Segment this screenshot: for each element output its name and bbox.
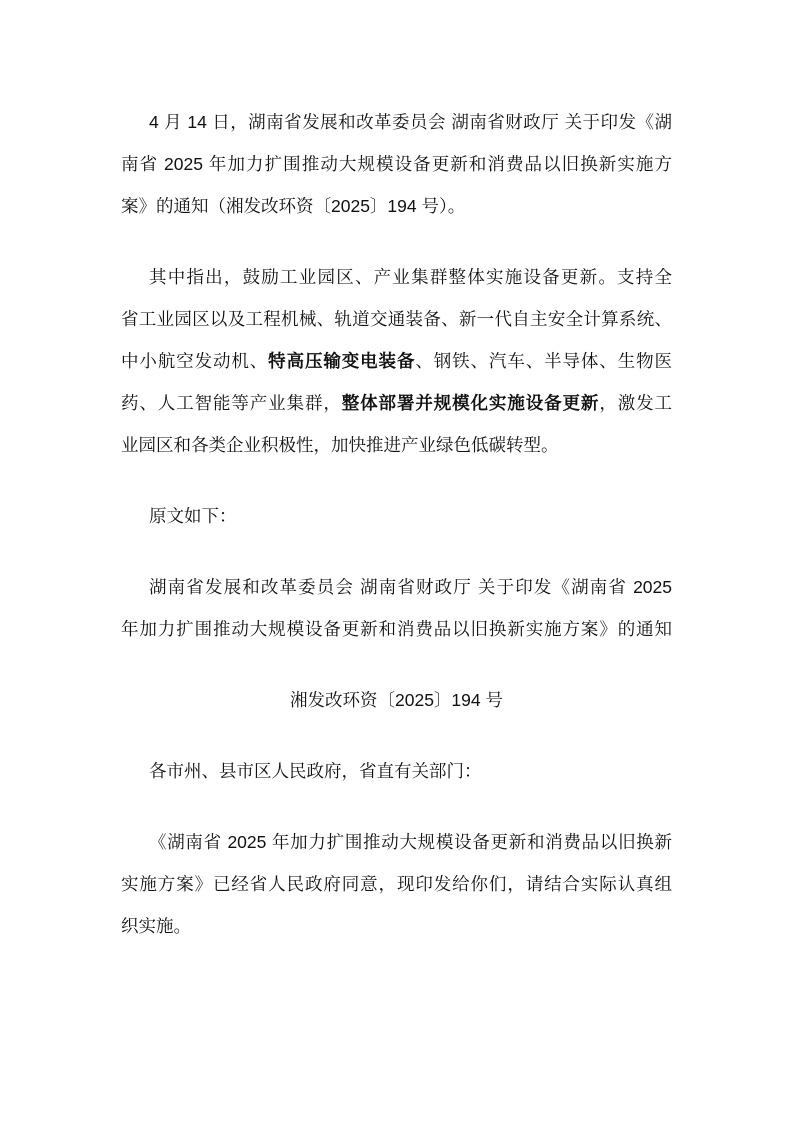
text-segment: 省工业园区以及工程机械、轨道交通装备、新一代自主安全计算系统、 xyxy=(121,309,672,329)
text-segment: 织实施。 xyxy=(121,916,191,936)
text-line: 年加力扩围推动大规模设备更新和消费品以旧换新实施方案》的通知 xyxy=(121,608,672,650)
text-line: 各市州、县市区人民政府，省直有关部门： xyxy=(121,750,672,792)
text-line: 案》的通知（湘发改环资〔2025〕194 号）。 xyxy=(121,185,672,227)
text-segment: 湖南省发展和改革委员会 湖南省财政厅 关于印发《湖南省 2025 xyxy=(149,577,672,597)
text-segment: 药、人工智能等产业集群， xyxy=(121,393,342,413)
text-line: 原文如下： xyxy=(121,495,672,537)
text-line: 4 月 14 日，湖南省发展和改革委员会 湖南省财政厅 关于印发《湖 xyxy=(121,101,672,143)
text-segment: 其中指出，鼓励工业园区、产业集群整体实施设备更新。支持全 xyxy=(149,267,672,287)
bold-text-segment: 特高压输变电装备 xyxy=(268,351,415,371)
text-line: 湖南省发展和改革委员会 湖南省财政厅 关于印发《湖南省 2025 xyxy=(121,566,672,608)
key-points-paragraph: 其中指出，鼓励工业园区、产业集群整体实施设备更新。支持全省工业园区以及工程机械、… xyxy=(121,256,672,466)
text-line: 湘发改环资〔2025〕194 号 xyxy=(121,679,672,721)
document-page: 4 月 14 日，湖南省发展和改革委员会 湖南省财政厅 关于印发《湖南省 202… xyxy=(0,0,793,1122)
text-line: 实施方案》已经省人民政府同意，现印发给你们，请结合实际认真组 xyxy=(121,863,672,905)
text-segment: 业园区和各类企业积极性，加快推进产业绿色低碳转型。 xyxy=(121,435,559,455)
document-title-paragraph: 湖南省发展和改革委员会 湖南省财政厅 关于印发《湖南省 2025年加力扩围推动大… xyxy=(121,566,672,650)
bold-text-segment: 整体部署并规模化实施设备更新 xyxy=(342,393,600,413)
original-text-label: 原文如下： xyxy=(121,495,672,537)
document-number: 湘发改环资〔2025〕194 号 xyxy=(121,679,672,721)
text-line: 《湖南省 2025 年加力扩围推动大规模设备更新和消费品以旧换新 xyxy=(121,821,672,863)
text-segment: 年加力扩围推动大规模设备更新和消费品以旧换新实施方案》的通知 xyxy=(121,619,672,639)
document-body: 4 月 14 日，湖南省发展和改革委员会 湖南省财政厅 关于印发《湖南省 202… xyxy=(121,101,672,947)
addressees-paragraph: 各市州、县市区人民政府，省直有关部门： xyxy=(121,750,672,792)
notice-intro-paragraph: 4 月 14 日，湖南省发展和改革委员会 湖南省财政厅 关于印发《湖南省 202… xyxy=(121,101,672,227)
text-segment: ，激发工 xyxy=(599,393,672,413)
text-segment: 、钢铁、汽车、半导体、生物医 xyxy=(415,351,672,371)
text-segment: 南省 2025 年加力扩围推动大规模设备更新和消费品以旧换新实施方 xyxy=(121,154,672,174)
text-segment: 原文如下： xyxy=(149,506,237,526)
text-segment: 各市州、县市区人民政府，省直有关部门： xyxy=(149,761,482,781)
text-line: 织实施。 xyxy=(121,905,672,947)
text-line: 省工业园区以及工程机械、轨道交通装备、新一代自主安全计算系统、 xyxy=(121,298,672,340)
text-line: 药、人工智能等产业集群，整体部署并规模化实施设备更新，激发工 xyxy=(121,382,672,424)
text-line: 业园区和各类企业积极性，加快推进产业绿色低碳转型。 xyxy=(121,424,672,466)
text-segment: 中小航空发动机、 xyxy=(121,351,268,371)
text-segment: 4 月 14 日，湖南省发展和改革委员会 湖南省财政厅 关于印发《湖 xyxy=(149,112,672,132)
text-line: 南省 2025 年加力扩围推动大规模设备更新和消费品以旧换新实施方 xyxy=(121,143,672,185)
text-line: 中小航空发动机、特高压输变电装备、钢铁、汽车、半导体、生物医 xyxy=(121,340,672,382)
text-segment: 《湖南省 2025 年加力扩围推动大规模设备更新和消费品以旧换新 xyxy=(149,832,672,852)
text-line: 其中指出，鼓励工业园区、产业集群整体实施设备更新。支持全 xyxy=(121,256,672,298)
text-segment: 实施方案》已经省人民政府同意，现印发给你们，请结合实际认真组 xyxy=(121,874,672,894)
issuance-statement-paragraph: 《湖南省 2025 年加力扩围推动大规模设备更新和消费品以旧换新实施方案》已经省… xyxy=(121,821,672,947)
text-segment: 湘发改环资〔2025〕194 号 xyxy=(290,690,503,710)
text-segment: 案》的通知（湘发改环资〔2025〕194 号）。 xyxy=(121,196,465,216)
